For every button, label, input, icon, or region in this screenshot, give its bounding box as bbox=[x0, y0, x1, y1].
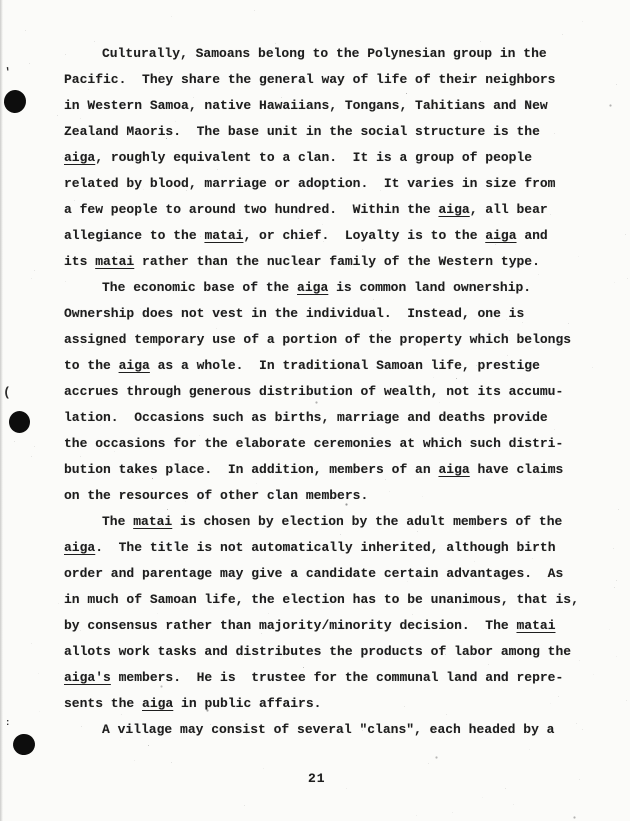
text-line: to the aiga as a whole. In traditional S… bbox=[64, 353, 579, 379]
typewritten-text: Culturally, Samoans belong to the Polyne… bbox=[64, 41, 579, 743]
scan-artifact-paren: ( bbox=[3, 388, 11, 398]
underlined-term: aiga bbox=[485, 228, 516, 243]
page-number: 21 bbox=[308, 766, 338, 792]
text-line: Culturally, Samoans belong to the Polyne… bbox=[64, 41, 579, 67]
text-line: Ownership does not vest in the individua… bbox=[64, 301, 579, 327]
text-line: bution takes place. In addition, members… bbox=[64, 457, 579, 483]
text-line: aiga's members. He is trustee for the co… bbox=[64, 665, 579, 691]
text-line: sents the aiga in public affairs. bbox=[64, 691, 579, 717]
text-line: a few people to around two hundred. With… bbox=[64, 197, 579, 223]
text-line: the occasions for the elaborate ceremoni… bbox=[64, 431, 579, 457]
underlined-term: aiga bbox=[438, 202, 469, 217]
hole-punch-mark-middle bbox=[9, 411, 30, 433]
scan-artifact-colon: : bbox=[5, 718, 10, 728]
text-line: The matai is chosen by election by the a… bbox=[64, 509, 579, 535]
underlined-term: aiga bbox=[119, 358, 150, 373]
underlined-term: aiga bbox=[64, 540, 95, 555]
text-line: in much of Samoan life, the election has… bbox=[64, 587, 579, 613]
text-line: The economic base of the aiga is common … bbox=[64, 275, 579, 301]
scan-artifact-tick: ' bbox=[4, 68, 12, 79]
text-line: its matai rather than the nuclear family… bbox=[64, 249, 579, 275]
hole-punch-mark-bottom bbox=[12, 733, 36, 756]
text-line: related by blood, marriage or adoption. … bbox=[64, 171, 579, 197]
underlined-term: matai bbox=[204, 228, 243, 243]
text-line: order and parentage may give a candidate… bbox=[64, 561, 579, 587]
underlined-term: matai bbox=[516, 618, 555, 633]
scan-noise-dark bbox=[0, 0, 1, 1]
page-edge-shadow bbox=[0, 0, 3, 821]
text-line: in Western Samoa, native Hawaiians, Tong… bbox=[64, 93, 579, 119]
text-line: aiga. The title is not automatically inh… bbox=[64, 535, 579, 561]
scan-noise bbox=[0, 0, 1, 1]
text-line: Pacific. They share the general way of l… bbox=[64, 67, 579, 93]
underlined-term: matai bbox=[133, 514, 172, 529]
text-line: allegiance to the matai, or chief. Loyal… bbox=[64, 223, 579, 249]
text-line: lation. Occasions such as births, marria… bbox=[64, 405, 579, 431]
text-line: Zealand Maoris. The base unit in the soc… bbox=[64, 119, 579, 145]
text-line: by consensus rather than majority/minori… bbox=[64, 613, 579, 639]
text-line: assigned temporary use of a portion of t… bbox=[64, 327, 579, 353]
text-line: allots work tasks and distributes the pr… bbox=[64, 639, 579, 665]
scanned-page: ' ( : Culturally, Samoans belong to the … bbox=[0, 0, 630, 821]
underlined-term: matai bbox=[95, 254, 134, 269]
text-line: A village may consist of several "clans"… bbox=[64, 717, 579, 743]
text-line: on the resources of other clan members. bbox=[64, 483, 579, 509]
text-line: accrues through generous distribution of… bbox=[64, 379, 579, 405]
underlined-term: aiga bbox=[142, 696, 173, 711]
underlined-term: aiga's bbox=[64, 670, 111, 685]
underlined-term: aiga bbox=[438, 462, 469, 477]
underlined-term: aiga bbox=[64, 150, 95, 165]
hole-punch-mark-top bbox=[3, 89, 28, 115]
text-line: aiga, roughly equivalent to a clan. It i… bbox=[64, 145, 579, 171]
underlined-term: aiga bbox=[297, 280, 328, 295]
